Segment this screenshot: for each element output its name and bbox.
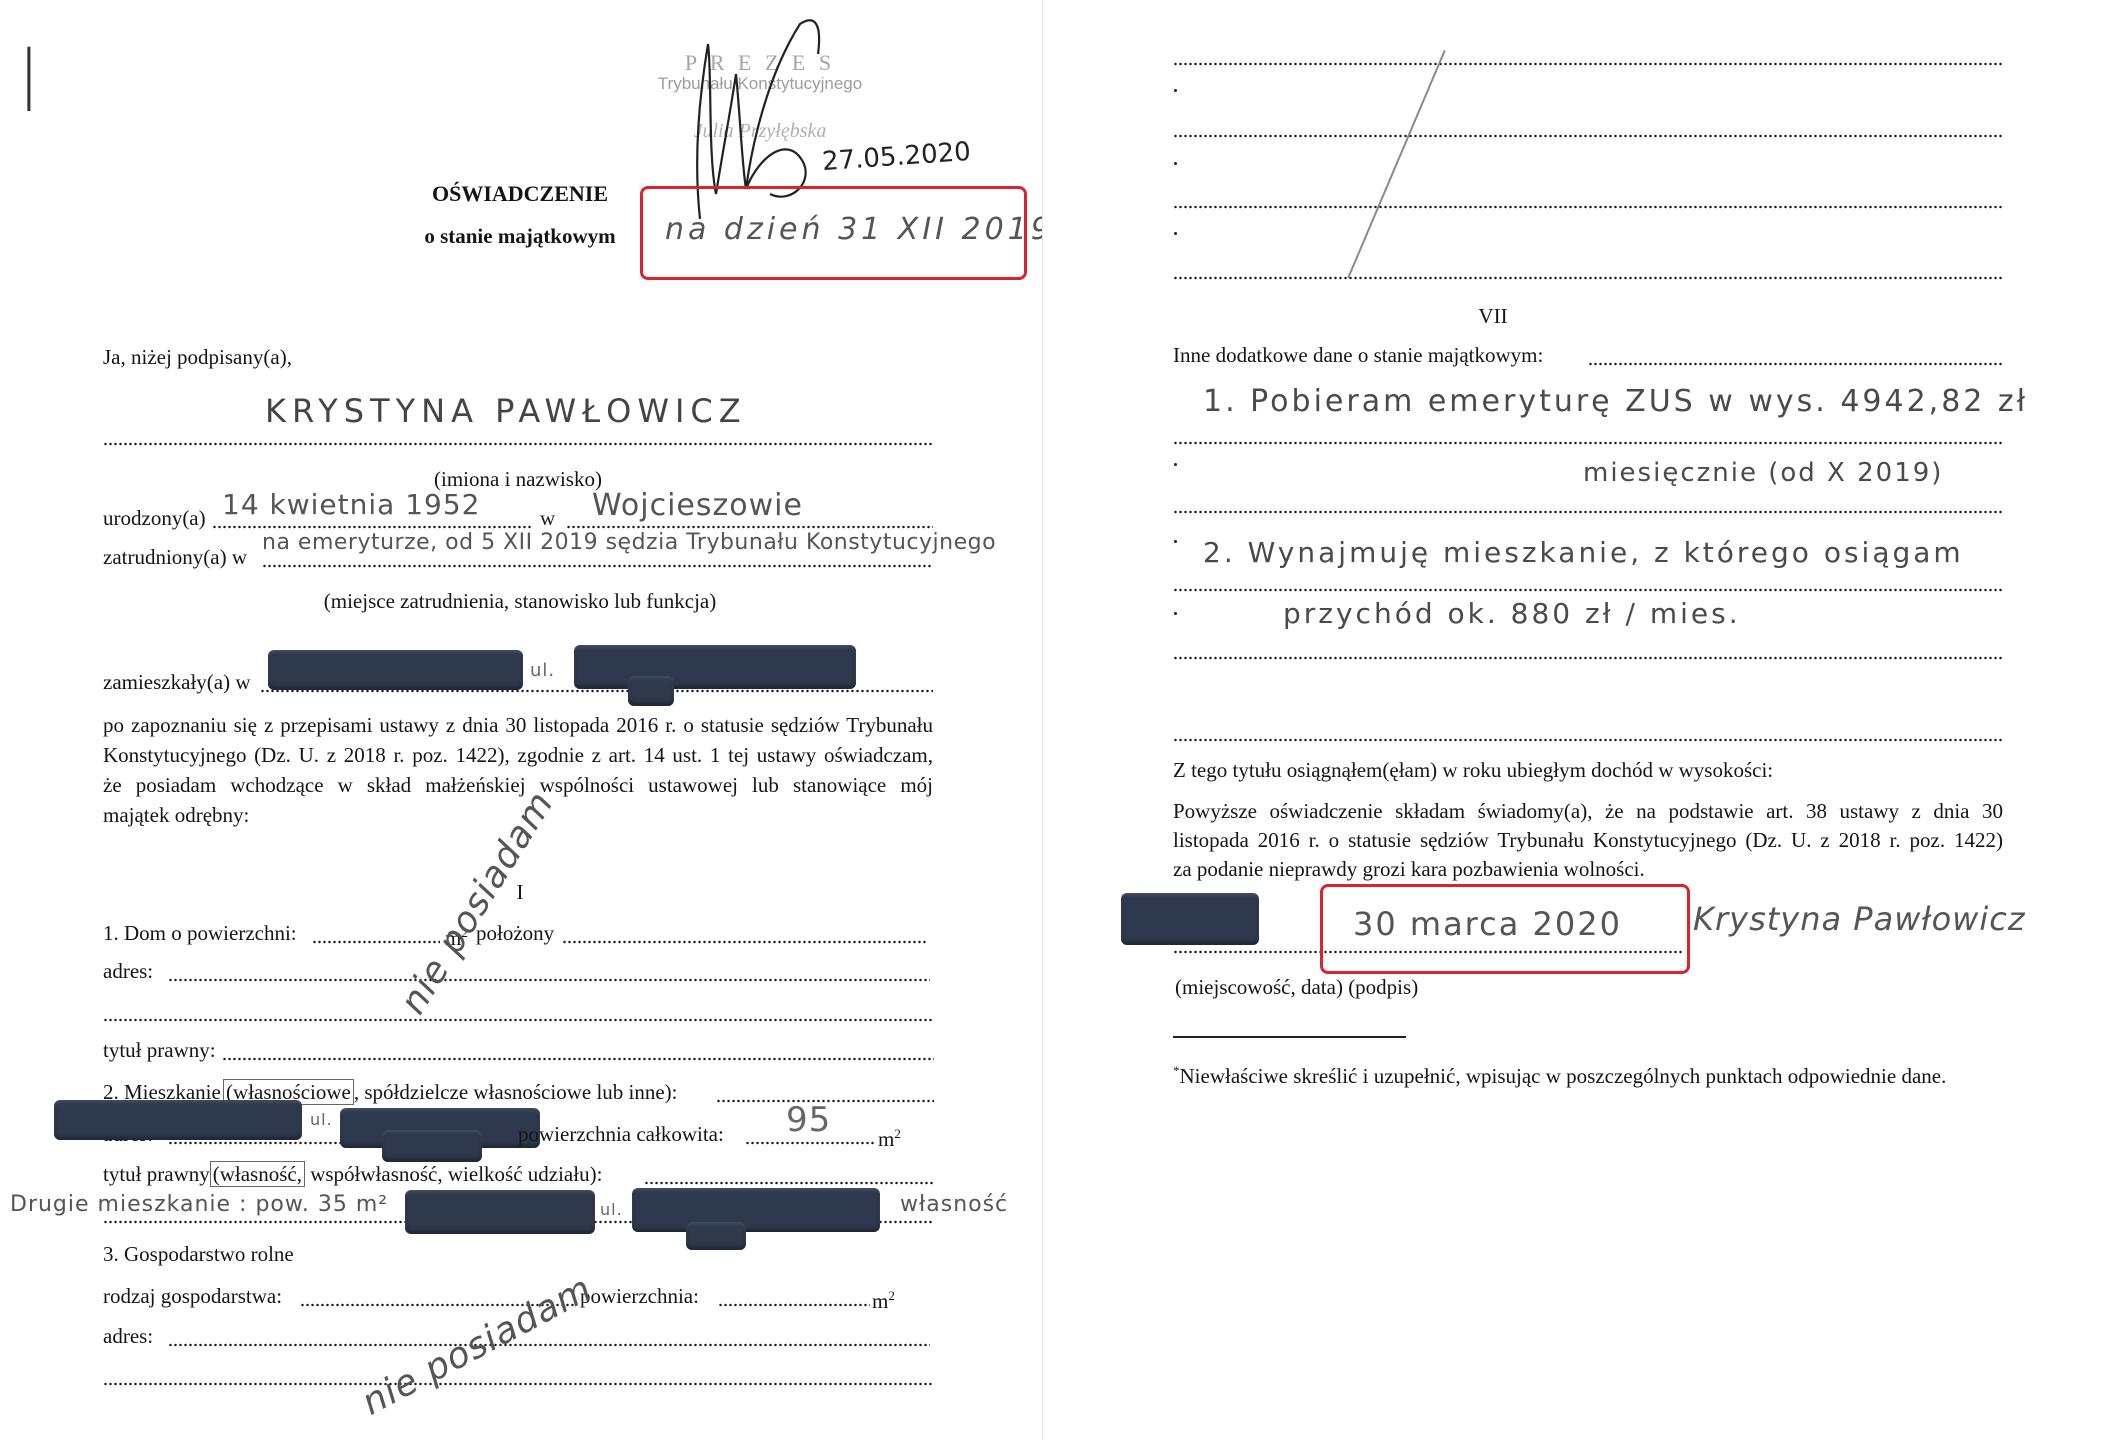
other-data-item-1: 1. Pobieram emeryturę ZUS w wys. 4942,82…: [1203, 384, 2028, 419]
born-in-label: w: [540, 505, 555, 531]
vi-bullet-1: [1174, 89, 1177, 92]
other-data-line-6: [1173, 738, 2003, 742]
apartment-title-rest: współwłasność, wielkość udziału):: [305, 1162, 602, 1186]
apartment-unit-sup: 2: [894, 1126, 901, 1141]
footnote-text: Niewłaściwe skreślić i uzupełnić, wpisuj…: [1180, 1064, 1947, 1088]
farm-address-line: [168, 1343, 930, 1347]
other-data-line-2: [1173, 441, 2003, 445]
redaction-street: [574, 645, 856, 689]
house-title-line: [222, 1057, 934, 1061]
other-data-item-1-cont: miesięcznie (od X 2019): [1583, 458, 1943, 488]
other-data-item-2: 2. Wynajmuję mieszkanie, z którego osiąg…: [1203, 536, 1964, 569]
second-apartment-ownership: własność: [900, 1192, 1008, 1217]
redaction-apartment-city: [54, 1100, 302, 1140]
declaration-line-2: Konstytucyjnego (Dz. U. z 2018 r. poz. 1…: [103, 742, 933, 768]
other-data-line-5: [1173, 656, 2003, 660]
farm-area-line: [718, 1303, 870, 1307]
house-address-line-2: [103, 1018, 933, 1022]
vi-bullet-2: [1174, 162, 1177, 165]
other-bullet-2: [1174, 540, 1177, 543]
signing-date: 30 marca 2020: [1353, 905, 1622, 943]
redaction-second-street: [632, 1188, 880, 1232]
farm-unit-sup: 2: [888, 1288, 895, 1303]
employed-line: [262, 564, 933, 568]
farm-type-label: rodzaj gospodarstwa:: [103, 1283, 282, 1309]
born-date-line: [212, 525, 532, 529]
vi-line-4: [1173, 276, 2003, 280]
farm-unit: m2: [872, 1283, 895, 1314]
second-apartment-note: Drugie mieszkanie : pow. 35 m²: [10, 1192, 388, 1217]
apartment-unit: m2: [878, 1121, 901, 1152]
other-data-line-3: [1173, 510, 2003, 514]
as-of-date: na dzień 31 XII 2019: [665, 212, 1054, 247]
other-data-label: Inne dodatkowe dane o stanie majątkowym:: [1173, 342, 1543, 368]
born-date: 14 kwietnia 1952: [222, 488, 480, 521]
redaction-apartment-street-extra: [382, 1130, 482, 1162]
apartment-label-rest: , spółdzielcze własnościowe lub inne):: [354, 1080, 678, 1104]
house-title-label: tytuł prawny:: [103, 1037, 216, 1063]
born-place-line: [566, 525, 933, 529]
apartment-area-label: powierzchnia całkowita:: [518, 1121, 724, 1147]
house-address-label: adres:: [103, 958, 153, 984]
house-address-line: [168, 978, 930, 982]
residence-street-prefix: ul.: [530, 660, 555, 681]
house-area-line: [312, 940, 440, 944]
declarant-signature: Krystyna Pawłowicz: [1693, 900, 2026, 938]
vi-line-2: [1173, 134, 2003, 138]
apartment-street-prefix: ul.: [310, 1110, 333, 1129]
employment: na emeryturze, od 5 XII 2019 sędzia Tryb…: [262, 530, 996, 555]
footnote-rule: [1173, 1036, 1406, 1038]
redaction-city: [268, 650, 523, 690]
house-label: 1. Dom o powierzchni:: [103, 920, 297, 946]
redaction-second-city: [405, 1190, 595, 1234]
left-page: | P R E Z E S Trybunału Konstytucyjnego …: [0, 0, 1042, 1440]
residence-label: zamieszkały(a) w: [103, 669, 251, 695]
statement-line-2: listopada 2016 r. o statusie sędziów Try…: [1173, 827, 2003, 853]
employed-label: zatrudniony(a) w: [103, 544, 247, 570]
other-data-item-2-cont: przychód ok. 880 zł / mies.: [1283, 597, 1741, 630]
farm-unit-m: m: [872, 1289, 888, 1313]
document-title: OŚWIADCZENIE: [420, 181, 620, 207]
other-bullet-3: [1174, 612, 1177, 615]
born-place: Wojcieszowie: [592, 488, 803, 523]
right-page: VII Inne dodatkowe dane o stanie majątko…: [1043, 0, 2124, 1440]
redaction-signing-place: [1121, 893, 1259, 945]
other-bullet-1: [1174, 463, 1177, 466]
footnote: *Niewłaściwe skreślić i uzupełnić, wpisu…: [1173, 1058, 1946, 1089]
apartment-title-prefix: tytuł prawny: [103, 1162, 210, 1186]
margin-mark: |: [18, 40, 40, 110]
vi-line-3: [1173, 205, 2003, 209]
apartment-unit-m: m: [878, 1127, 894, 1151]
document-subtitle: o stanie majątkowym: [410, 223, 630, 249]
statement-paragraph: Powyższe oświadczenie składam świadomy(a…: [1173, 798, 2003, 882]
apartment-area-line: [745, 1141, 875, 1145]
house-located-line: [562, 940, 928, 944]
second-apartment-street-prefix: ul.: [600, 1200, 623, 1219]
farm-address-label: adres:: [103, 1323, 153, 1349]
apartment-area-value: 95: [786, 1100, 831, 1140]
declarant-name: KRYSTYNA PAWŁOWICZ: [265, 392, 747, 430]
declaration-line-1: po zapoznaniu się z przepisami ustawy z …: [103, 712, 933, 738]
name-line: [103, 442, 933, 446]
other-data-line: [1588, 362, 2003, 366]
declaration-line-3: że posiadam wchodzące w skład małżeńskie…: [103, 772, 933, 798]
intro-text: Ja, niżej podpisany(a),: [103, 344, 292, 370]
vi-bullet-3: [1174, 232, 1177, 235]
employed-caption: (miejsce zatrudnienia, stanowisko lub fu…: [300, 588, 740, 614]
statement-line-1: Powyższe oświadczenie składam świadomy(a…: [1173, 798, 2003, 824]
apartment-title-line: [644, 1181, 934, 1185]
other-data-line-4: [1173, 588, 2003, 592]
born-label: urodzony(a): [103, 505, 206, 531]
statement-line-3: za podanie nieprawdy grozi kara pozbawie…: [1173, 856, 2003, 882]
income-label: Z tego tytułu osiągnąłem(ęłam) w roku ub…: [1173, 757, 1773, 783]
section-vii-heading: VII: [1463, 303, 1523, 329]
redaction-second-street-extra: [686, 1222, 746, 1250]
redaction-street-extra: [628, 676, 674, 706]
signing-caption: (miejscowość, data) (podpis): [1175, 974, 1418, 1000]
strike-through-line: [1347, 50, 1445, 278]
apartment-title-label: tytuł prawny(własność, współwłasność, wi…: [103, 1161, 602, 1187]
farm-area-label: powierzchnia:: [580, 1283, 699, 1309]
vi-line-1: [1173, 62, 2003, 66]
farm-address-line-2: [103, 1382, 933, 1386]
apartment-title-circled: (własność,: [210, 1161, 305, 1187]
farm-label: 3. Gospodarstwo rolne: [103, 1241, 294, 1267]
